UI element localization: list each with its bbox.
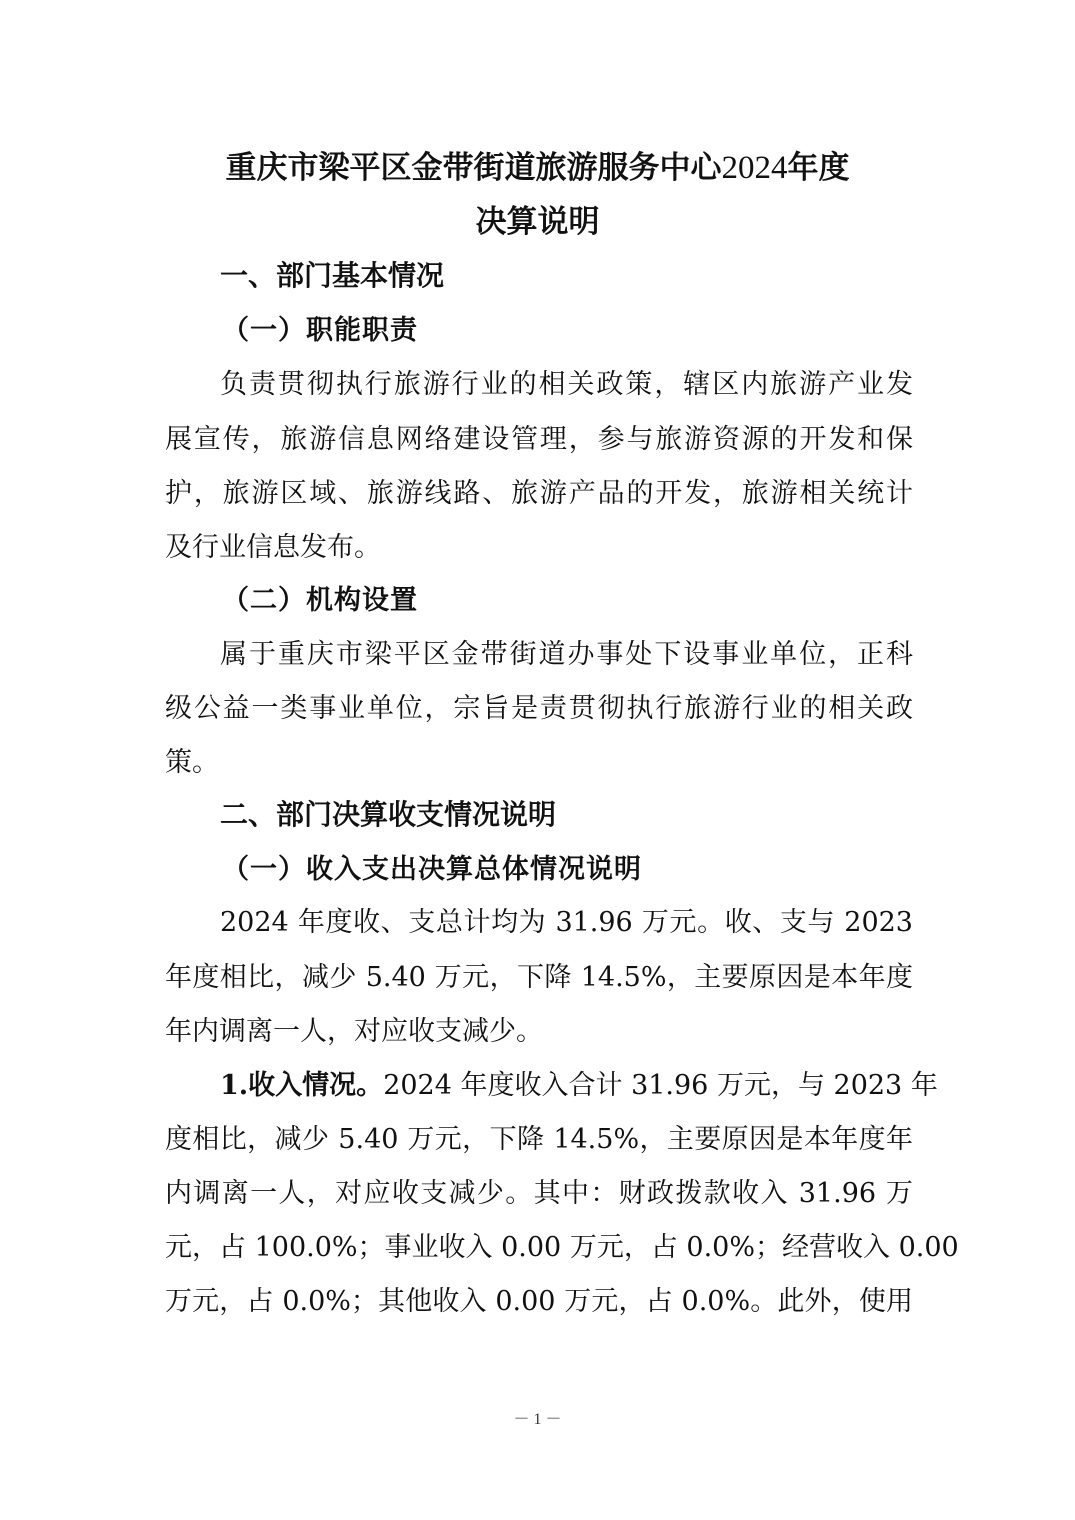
paragraph-line: 年内调离一人，对应收支减少。 [165, 1009, 913, 1048]
paragraph-line: 万元，占 0.0%；其他收入 0.00 万元，占 0.0%。此外，使用 [165, 1279, 913, 1318]
paragraph-line: 内调离一人，对应收支减少。其中：财政拨款收入 31.96 万 [165, 1171, 913, 1210]
title-year: 2024 [722, 150, 788, 186]
income-lead-label: 1.收入情况。 [220, 1070, 383, 1101]
subsection-heading-overall-summary: （一）收入支出决算总体情况说明 [222, 847, 642, 886]
income-line-text: 2024 年度收入合计 31.96 万元，与 2023 年 [383, 1070, 938, 1101]
paragraph-line: 2024 年度收、支总计均为 31.96 万元。收、支与 2023 [220, 900, 913, 939]
paragraph-line: 度相比，减少 5.40 万元，下降 14.5%，主要原因是本年度年 [165, 1117, 913, 1156]
paragraph-line: 护，旅游区域、旅游线路、旅游产品的开发，旅游相关统计 [165, 471, 913, 510]
document-page: 重庆市梁平区金带街道旅游服务中心2024年度 决算说明 一、部门基本情况 （一）… [0, 0, 1075, 1520]
paragraph-line: 展宣传，旅游信息网络建设管理，参与旅游资源的开发和保 [165, 417, 913, 456]
subsection-heading-organization: （二）机构设置 [222, 578, 418, 617]
section-heading-basic-info: 一、部门基本情况 [220, 254, 444, 294]
paragraph-line: 年度相比，减少 5.40 万元，下降 14.5%，主要原因是本年度 [165, 955, 913, 994]
title-suffix: 年度 [788, 150, 850, 186]
paragraph-line: 及行业信息发布。 [165, 525, 913, 564]
section-heading-budget-explanation: 二、部门决算收支情况说明 [220, 793, 556, 833]
paragraph-line: 属于重庆市梁平区金带街道办事处下设事业单位，正科 [220, 632, 913, 671]
paragraph-line: 策。 [165, 740, 913, 779]
income-paragraph-first-line: 1.收入情况。2024 年度收入合计 31.96 万元，与 2023 年 [220, 1063, 913, 1102]
document-title-line-1: 重庆市梁平区金带街道旅游服务中心2024年度 [0, 142, 1075, 187]
page-number: － 1 － [0, 1406, 1075, 1429]
paragraph-line: 级公益一类事业单位，宗旨是责贯彻执行旅游行业的相关政 [165, 686, 913, 725]
subsection-heading-functions: （一）职能职责 [222, 308, 418, 347]
paragraph-line: 元，占 100.0%；事业收入 0.00 万元，占 0.0%；经营收入 0.00 [165, 1225, 913, 1264]
paragraph-line: 负责贯彻执行旅游行业的相关政策，辖区内旅游产业发 [220, 362, 913, 401]
title-org-name: 重庆市梁平区金带街道旅游服务中心 [226, 150, 722, 186]
document-title-line-2: 决算说明 [0, 196, 1075, 241]
